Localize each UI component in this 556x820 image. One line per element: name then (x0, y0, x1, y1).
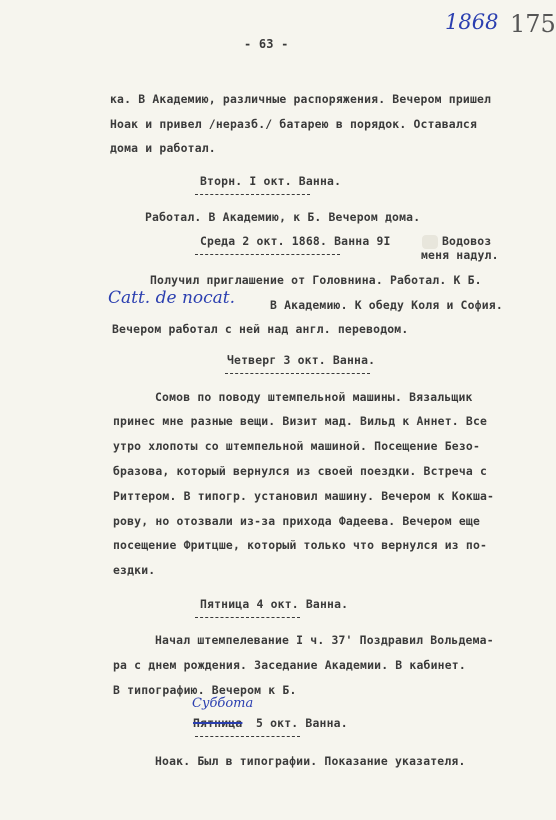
heading-underline (225, 373, 370, 374)
text-line: Получил приглашение от Головнина. Работа… (150, 273, 482, 287)
text-line: бразова, который вернулся из своей поезд… (113, 464, 487, 478)
text-line: ра с днем рождения. Заседание Академии. … (113, 658, 466, 672)
text-line: дома и работал. (110, 141, 216, 155)
margin-note-year: 1868 (445, 10, 498, 34)
text-line: Работал. В Академию, к Б. Вечером дома. (145, 210, 420, 224)
text-line: рову, но отозвали из-за прихода Фадеева.… (113, 514, 480, 528)
text-line: Вечером работал с ней над англ. переводо… (112, 322, 408, 336)
text-line: В типографию. Вечером к Б. (113, 683, 297, 697)
text-line: Ноак. Был в типографии. Показание указат… (155, 754, 466, 768)
heading-underline (195, 194, 310, 195)
text-line: ка. В Академию, различные распоряжения. … (110, 92, 491, 106)
document-page: - 63 - 1868 175 ка. В Академию, различны… (0, 0, 556, 820)
entry-heading: Пятница 4 окт. Ванна. (200, 597, 348, 611)
ink-blot (422, 235, 438, 249)
heading-underline (195, 736, 300, 737)
struck-heading-word: Пятница (193, 716, 242, 730)
text-line: Риттером. В типогр. установил машину. Ве… (113, 489, 494, 503)
heading-underline (195, 617, 300, 618)
entry-heading: Среда 2 окт. 1868. Ванна 9I (200, 234, 391, 248)
text-line: принес мне разные вещи. Визит мад. Вильд… (113, 414, 487, 428)
heading-correction: Суббота (192, 696, 253, 711)
text-line: Сомов по поводу штемпельной машины. Вяза… (155, 390, 473, 404)
heading-note: меня надул. (421, 248, 499, 262)
heading-note: Водовоз (442, 234, 491, 248)
text-line: Начал штемпелевание I ч. 37' Поздравил В… (155, 633, 494, 647)
text-line: Ноак и привел /неразб./ батарею в порядо… (110, 117, 477, 131)
text-line: ездки. (113, 563, 155, 577)
text-line: посещение Фритцше, который только что ве… (113, 538, 487, 552)
margin-note-folio: 175 (510, 10, 556, 38)
page-number: - 63 - (244, 37, 289, 51)
handwritten-note: Catt. de nocat. (108, 288, 235, 308)
text-line: В Академию. К обеду Коля и София. (270, 298, 503, 312)
entry-heading: Вторн. I окт. Ванна. (200, 174, 341, 188)
entry-heading: Четверг 3 окт. Ванна. (227, 353, 375, 367)
entry-heading: 5 окт. Ванна. (256, 716, 348, 730)
text-line: утро хлопоты со штемпельной машиной. Пос… (113, 439, 480, 453)
heading-underline (195, 254, 340, 255)
